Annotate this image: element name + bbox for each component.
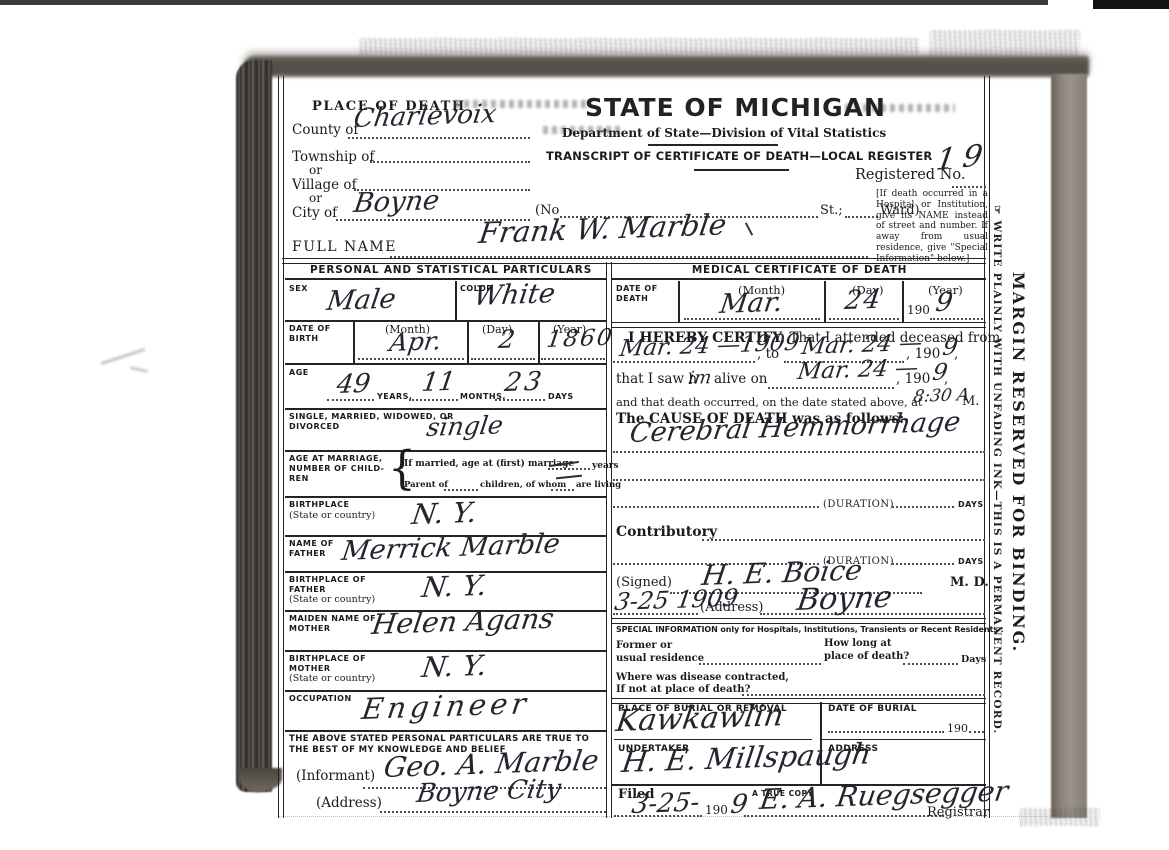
- dod-div-3: [902, 281, 904, 322]
- howlong-label-1: How long at: [824, 638, 892, 649]
- contributory-label: Contributory: [616, 524, 717, 540]
- dob-day-line: [471, 358, 535, 360]
- dod-month-line: [684, 318, 820, 320]
- dod-day-value: 24: [843, 287, 884, 314]
- informant-address-label: (Address): [316, 795, 382, 811]
- personal-title: PERSONAL AND STATISTICAL PARTICULARS: [296, 264, 606, 276]
- row-rule-3: [285, 408, 607, 410]
- age-years-value: 49: [335, 371, 372, 398]
- burial-date-line: [828, 731, 944, 733]
- dob-year-value: 1860: [545, 327, 615, 352]
- filed-date-value: 3-25-: [630, 790, 701, 818]
- registrar-label: Registrar: [927, 805, 989, 820]
- scan-speckle-top: [360, 38, 920, 55]
- sex-color-divider: [455, 281, 457, 320]
- burial-date-190: 190: [947, 722, 968, 735]
- marriage-years-label: years: [592, 461, 619, 471]
- sex-label: SEX: [289, 284, 308, 294]
- dob-month-value: Apr.: [388, 328, 443, 355]
- book-spine-left: [236, 60, 272, 792]
- contributory-line: [702, 539, 985, 541]
- signed-address-value: Boyne: [795, 583, 894, 616]
- full-name-label: FULL NAME: [292, 239, 397, 255]
- informant-label: (Informant): [296, 768, 375, 784]
- howlong-label-2: place of death?: [824, 651, 909, 662]
- informant-address-value: Boyne City: [415, 776, 563, 807]
- to-label: , to: [757, 346, 779, 362]
- signed-address-label: (Address): [700, 600, 763, 615]
- howlong-line: [903, 663, 958, 665]
- dod-day-line: [829, 318, 899, 320]
- city-value: Boyne: [352, 187, 441, 217]
- marriage-parent-of: Parent of: [404, 480, 448, 490]
- sex-value: Male: [325, 286, 398, 315]
- informant-address-line: [380, 811, 606, 813]
- age-years-line: [327, 399, 374, 401]
- full-name-value: Frank W. Marble: [477, 210, 728, 248]
- mother-label: MAIDEN NAME OF MOTHER: [289, 614, 379, 634]
- disease-line: [742, 694, 985, 696]
- dod-year-digit: 9: [934, 289, 954, 316]
- dod-div-2: [824, 281, 826, 322]
- marriage-dash-2: [556, 475, 582, 480]
- mother-value: Helen Agans: [370, 605, 556, 639]
- registered-value: 19: [934, 141, 992, 176]
- medical-title-rule: [612, 278, 986, 280]
- dob-month-line: [358, 358, 464, 360]
- days-label-2: DAYS: [958, 557, 984, 567]
- saw-pre: that I saw h: [616, 371, 697, 387]
- personal-title-rule: [285, 278, 607, 280]
- duration-label-1: (DURATION): [823, 499, 894, 510]
- dob-label: DATE OF BIRTH: [289, 324, 341, 344]
- scanner-top-edge: [0, 0, 1048, 5]
- burial-date-line-2: [969, 731, 984, 733]
- medical-title: MEDICAL CERTIFICATE OF DEATH: [652, 264, 947, 276]
- margin-inner-note: ☞ WRITE PLAINLY WITH UNFADING INK—THIS I…: [991, 205, 1003, 705]
- street-st-label: St.;: [820, 203, 843, 218]
- page-edge-right-strip: [1051, 74, 1087, 818]
- duration-line-1: [892, 506, 954, 508]
- marriage-label: AGE AT MARRIAGE, NUMBER OF CHILD­REN: [289, 454, 389, 484]
- age-days-label: DAYS: [548, 392, 574, 402]
- filed-line: [614, 815, 702, 817]
- burial-value: Kawkawlin: [614, 701, 785, 737]
- dob-div-2: [467, 321, 469, 363]
- street-st-line: [845, 216, 878, 218]
- former-label-2: usual residence: [616, 653, 704, 664]
- comma-a: ,: [954, 346, 958, 362]
- year-190-b: , 190: [896, 371, 930, 387]
- age-months-value: 11: [420, 369, 457, 396]
- city-label: City of: [292, 205, 337, 221]
- former-line: [699, 663, 821, 665]
- county-line: [348, 137, 530, 139]
- document-top-dark-band: [243, 56, 1089, 77]
- dod-month-value: Mar.: [718, 289, 784, 318]
- birthplace-state-label: (State or country): [289, 510, 375, 521]
- dob-day-value: 2: [497, 326, 517, 352]
- stray-mark: [745, 222, 753, 235]
- disease-label-1: Where was disease contracted,: [616, 672, 789, 683]
- cause-line-3: [613, 506, 819, 508]
- registered-line: [952, 186, 986, 188]
- township-line: [370, 161, 530, 163]
- dod-year-line: [930, 318, 983, 320]
- father-value: Merrick Marble: [340, 530, 562, 565]
- cause-line-2: [613, 479, 985, 481]
- duration-line-2: [892, 563, 954, 565]
- burial-date-label: DATE OF BURIAL: [828, 704, 917, 715]
- attended-from-line: [613, 361, 755, 363]
- row-rule-11: [285, 730, 607, 732]
- row-rule-4: [285, 450, 607, 452]
- dob-div-3: [538, 321, 540, 363]
- occupation-value: Engineer: [360, 689, 532, 724]
- signed-bottom-rule: [612, 618, 986, 624]
- saw-post: alive on: [714, 371, 767, 387]
- dod-bottom-rule: [612, 322, 986, 328]
- township-label: Township of: [292, 149, 374, 165]
- dob-div-1: [353, 321, 355, 363]
- cause-line-1: [613, 451, 985, 453]
- department-line: Department of State—Division of Vital St…: [562, 126, 862, 140]
- meridiem-label: M.: [962, 394, 979, 409]
- mother-bp-label: BIRTHPLACE OF MOTHER: [289, 654, 369, 674]
- birthplace-value: N. Y.: [410, 499, 479, 529]
- disease-label-2: If not at place of death?: [616, 684, 750, 695]
- age-years-label: YEARS,: [377, 392, 412, 402]
- age-days-line: [495, 399, 545, 401]
- saw-im: im: [687, 369, 712, 388]
- village-label: Village of: [292, 177, 357, 193]
- scan-speckle-top-right: [930, 30, 1080, 56]
- former-label-1: Former or: [616, 640, 672, 651]
- mother-bp-state-label: (State or country): [289, 673, 375, 684]
- marriage-years-line: [548, 468, 590, 470]
- color-value: White: [472, 280, 557, 310]
- pencil-mark-2: [130, 366, 148, 373]
- md-label: M. D.: [950, 575, 989, 590]
- marriage-children-line: [444, 489, 478, 491]
- full-name-line: [390, 256, 868, 258]
- age-days-value: 23: [503, 369, 546, 396]
- father-bp-value: N. Y.: [420, 572, 489, 602]
- transcript-underline: [694, 169, 789, 171]
- marriage-living-label: are living: [576, 480, 621, 490]
- department-underline: [648, 144, 778, 146]
- or-2: or: [309, 191, 322, 205]
- days-label-1: DAYS: [958, 500, 984, 510]
- age-label: AGE: [289, 368, 309, 378]
- or-1: or: [309, 163, 322, 177]
- row-rule-1: [285, 320, 607, 322]
- mother-bp-value: N. Y.: [420, 652, 489, 682]
- occurred-line: and that death occurred, on the date sta…: [616, 395, 922, 409]
- margin-outer-note: MARGIN RESERVED FOR BINDING.: [1009, 272, 1028, 622]
- border-left-inner: [278, 76, 284, 818]
- marital-value: single: [425, 412, 505, 440]
- signed-date-line: [613, 613, 698, 615]
- alive-line: [768, 387, 894, 389]
- howlong-days-label: Days: [961, 654, 986, 665]
- dod-label: DATE OF DEATH: [616, 284, 668, 304]
- dob-year-line: [541, 358, 605, 360]
- undertaker-address-label: ADDRESS: [828, 744, 878, 755]
- scanner-top-right-edge: [1093, 0, 1169, 9]
- marriage-living-line: [551, 489, 574, 491]
- age-months-line: [409, 399, 458, 401]
- hospital-note: [If death occurred in a Hospital or Inst…: [876, 189, 988, 265]
- father-bp-state-label: (State or country): [289, 594, 375, 605]
- filed-190: 190: [705, 803, 728, 817]
- occupation-label: OCCUPATION: [289, 694, 352, 704]
- father-bp-label: BIRTHPLACE OF FATHER: [289, 575, 369, 595]
- transcript-line: TRANSCRIPT OF CERTIFICATE OF DEATH—LOCAL…: [546, 149, 916, 163]
- county-label: County of: [292, 122, 358, 138]
- birthplace-label: BIRTHPLACE: [289, 500, 350, 510]
- registrar-line: [744, 815, 944, 817]
- county-value: Charlevoix: [352, 101, 498, 132]
- special-title: SPECIAL INFORMATION only for Hospitals, …: [616, 625, 1004, 634]
- comma-b: ,: [944, 371, 948, 387]
- dod-year-printed: 190: [907, 303, 930, 317]
- state-title: STATE OF MICHIGAN: [585, 93, 840, 122]
- row-rule-2: [285, 363, 607, 365]
- pencil-mark: [101, 348, 146, 365]
- dod-div-1: [678, 281, 680, 322]
